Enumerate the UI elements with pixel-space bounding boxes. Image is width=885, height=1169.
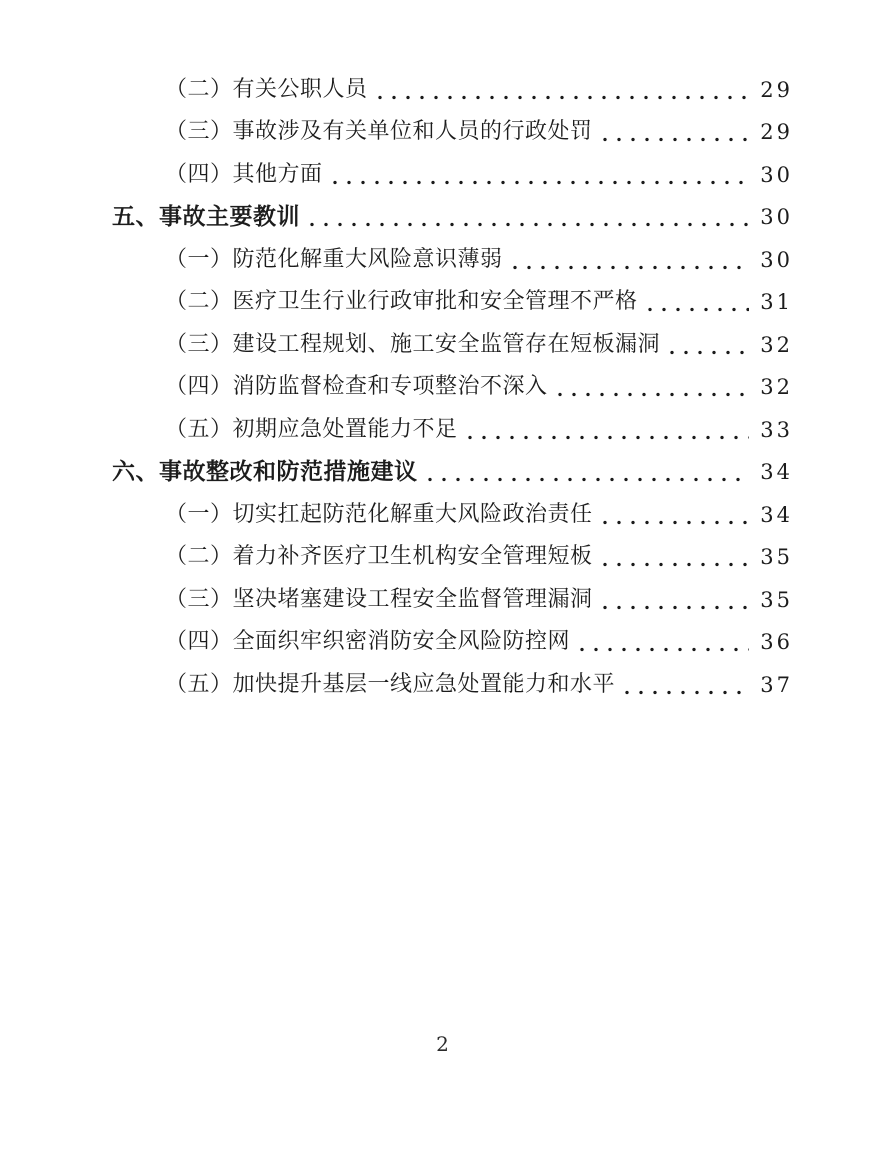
dot-leader: [580, 633, 749, 653]
dot-leader: [603, 123, 749, 143]
toc-entry-page-number: 30: [757, 165, 793, 186]
toc-entry-label: （四）消防监督检查和专项整治不深入: [165, 376, 548, 398]
toc-entry-label: 五、事故主要教训: [112, 205, 300, 228]
toc-entry-page-number: 32: [757, 335, 793, 356]
page-footer: 2: [0, 1032, 885, 1056]
toc-entry-page-number: 30: [757, 207, 793, 228]
dot-leader: [648, 293, 749, 313]
toc-entry: （四）全面织牢织密消防安全风险防控网 36: [112, 619, 793, 662]
dot-leader: [378, 81, 749, 101]
toc-entry: （四）其他方面 30: [112, 151, 793, 194]
dot-leader: [670, 336, 749, 356]
toc-entry: （五）初期应急处置能力不足 33: [112, 406, 793, 449]
dot-leader: [513, 251, 749, 271]
toc-entry-label: （四）其他方面: [165, 164, 323, 186]
dot-leader: [625, 676, 749, 696]
toc-entry-label: （四）全面织牢织密消防安全风险防控网: [165, 631, 570, 653]
dot-leader: [603, 506, 749, 526]
toc-entry: （二）有关公职人员 29: [112, 66, 793, 109]
toc-entry-label: （三）事故涉及有关单位和人员的行政处罚: [165, 121, 593, 143]
toc-entry-label: （二）有关公职人员: [165, 79, 368, 101]
toc-entry-label: （五）初期应急处置能力不足: [165, 419, 458, 441]
toc-entry: （五）加快提升基层一线应急处置能力和水平 37: [112, 661, 793, 704]
dot-leader: [558, 378, 749, 398]
table-of-contents: （二）有关公职人员 29 （三）事故涉及有关单位和人员的行政处罚 29 （四）其…: [112, 0, 793, 704]
dot-leader: [603, 591, 749, 611]
toc-entry-label: （一）切实扛起防范化解重大风险政治责任: [165, 504, 593, 526]
toc-entry-page-number: 35: [757, 547, 793, 568]
toc-entry-page-number: 34: [757, 462, 793, 483]
toc-entry-label: （三）建设工程规划、施工安全监管存在短板漏洞: [165, 334, 660, 356]
dot-leader: [333, 166, 749, 186]
toc-entry: （一）切实扛起防范化解重大风险政治责任 34: [112, 491, 793, 534]
dot-leader: [468, 421, 749, 441]
toc-entry: （二）医疗卫生行业行政审批和安全管理不严格 31: [112, 279, 793, 322]
toc-entry-page-number: 34: [757, 505, 793, 526]
dot-leader: [428, 463, 750, 483]
toc-entry: （三）建设工程规划、施工安全监管存在短板漏洞 32: [112, 321, 793, 364]
toc-entry-page-number: 31: [757, 292, 793, 313]
toc-entry-label: （二）着力补齐医疗卫生机构安全管理短板: [165, 546, 593, 568]
toc-entry: 六、事故整改和防范措施建议 34: [112, 449, 793, 492]
toc-entry-label: （二）医疗卫生行业行政审批和安全管理不严格: [165, 291, 638, 313]
toc-entry-page-number: 37: [757, 675, 793, 696]
toc-entry-page-number: 30: [757, 250, 793, 271]
toc-entry-page-number: 33: [757, 420, 793, 441]
toc-entry-page-number: 36: [757, 632, 793, 653]
toc-entry-label: （五）加快提升基层一线应急处置能力和水平: [165, 674, 615, 696]
toc-entry: （一）防范化解重大风险意识薄弱 30: [112, 236, 793, 279]
toc-entry: 五、事故主要教训 30: [112, 194, 793, 237]
footer-page-number: 2: [436, 1032, 449, 1056]
document-page: （二）有关公职人员 29 （三）事故涉及有关单位和人员的行政处罚 29 （四）其…: [0, 0, 885, 1169]
toc-entry-page-number: 29: [757, 80, 793, 101]
toc-entry-label: （一）防范化解重大风险意识薄弱: [165, 249, 503, 271]
toc-entry-page-number: 29: [757, 122, 793, 143]
toc-entry-page-number: 35: [757, 590, 793, 611]
toc-entry: （三）坚决堵塞建设工程安全监督管理漏洞 35: [112, 576, 793, 619]
toc-entry: （四）消防监督检查和专项整治不深入 32: [112, 364, 793, 407]
dot-leader: [603, 548, 749, 568]
toc-entry-label: 六、事故整改和防范措施建议: [112, 460, 418, 483]
toc-entry-label: （三）坚决堵塞建设工程安全监督管理漏洞: [165, 589, 593, 611]
toc-entry: （三）事故涉及有关单位和人员的行政处罚 29: [112, 109, 793, 152]
dot-leader: [310, 208, 749, 228]
toc-entry: （二）着力补齐医疗卫生机构安全管理短板 35: [112, 534, 793, 577]
toc-entry-page-number: 32: [757, 377, 793, 398]
